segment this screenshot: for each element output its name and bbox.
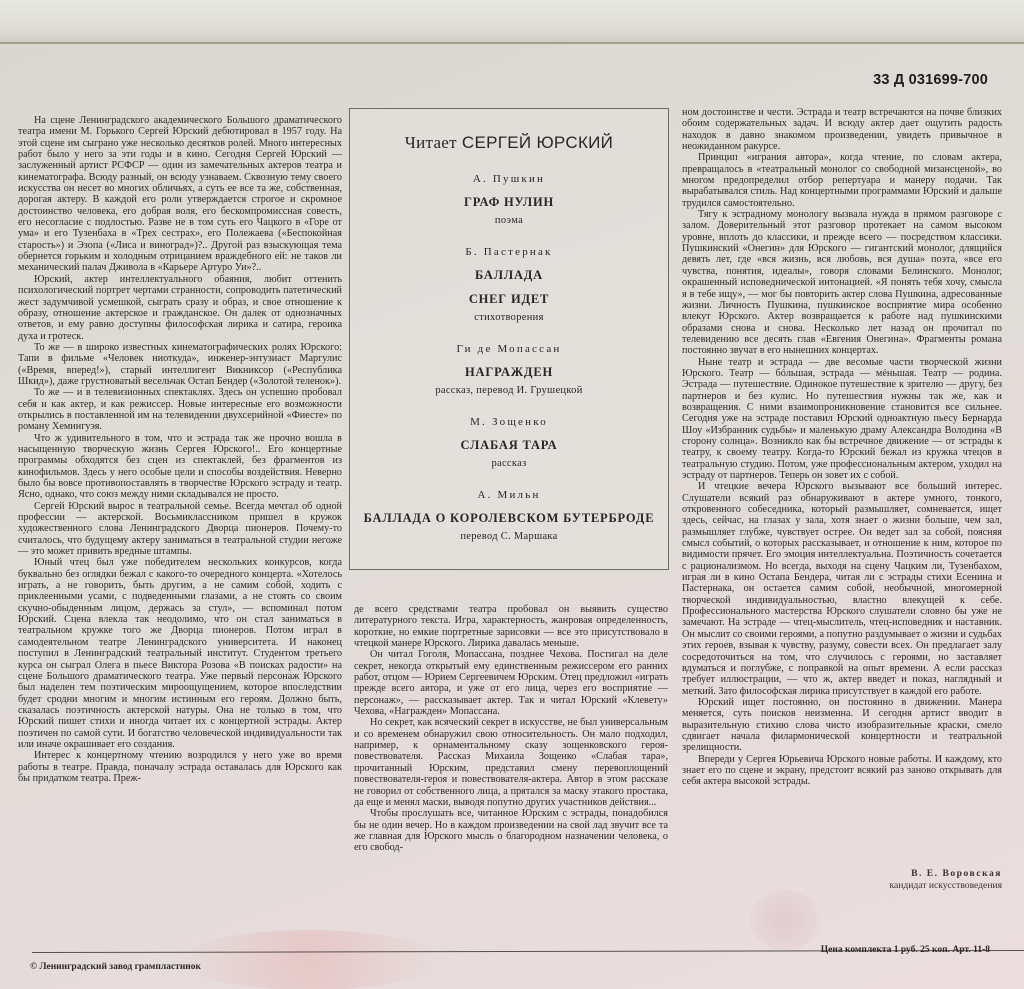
author-title: кандидат искусствоведения	[889, 880, 1002, 892]
programme-title: Читает СЕРГЕЙ ЮРСКИЙ	[350, 133, 668, 153]
title-prefix: Читает	[405, 133, 457, 152]
paragraph: де всего средствами театра пробовал он в…	[354, 604, 668, 649]
paragraph: Он читал Гоголя, Мопассана, позднее Чехо…	[354, 649, 668, 717]
paragraph: Чтобы прослушать все, читанное Юрским с …	[354, 808, 668, 853]
programme-box: Читает СЕРГЕЙ ЮРСКИЙ А. Пушкин ГРАФ НУЛИ…	[349, 108, 669, 570]
article-right-column: ном достоинстве и чести. Эстрада и театр…	[682, 107, 1002, 788]
author-pushkin: А. Пушкин	[350, 173, 668, 185]
sleeve-top-flap	[0, 0, 1024, 44]
paragraph: ном достоинстве и чести. Эстрада и театр…	[682, 107, 1002, 152]
paragraph: Ныне театр и эстрада — две весомые части…	[682, 357, 1002, 482]
paragraph: Но секрет, как всяческий секрет в искусс…	[354, 717, 668, 808]
work-title: СНЕГ ИДЕТ	[350, 292, 668, 307]
paragraph: Что ж удивительного в том, что и эстрада…	[18, 433, 342, 501]
author-maupassant: Ги де Мопассан	[350, 343, 668, 355]
paragraph: Принцип «играния автора», когда чтение, …	[682, 152, 1002, 209]
author-name: В. Е. Воровская	[889, 868, 1002, 880]
stain	[180, 930, 440, 989]
article-middle-column: де всего средствами театра пробовал он в…	[354, 604, 668, 854]
work-note: перевод С. Маршака	[350, 531, 668, 542]
paragraph: На сцене Ленинградского академического Б…	[18, 115, 342, 274]
paragraph: То же — в широко известных кинематографи…	[18, 342, 342, 387]
paragraph: Юрский, актер интеллектуального обаяния,…	[18, 274, 342, 342]
paragraph: Сергей Юрский вырос в театральной семье.…	[18, 501, 342, 558]
work-note: рассказ	[350, 458, 668, 469]
work-title: БАЛЛАДА О КОРОЛЕВСКОМ БУТЕРБРОДЕ	[350, 511, 668, 526]
article-left-column: На сцене Ленинградского академического Б…	[18, 115, 342, 784]
work-title: БАЛЛАДА	[350, 268, 668, 283]
publisher-credit: © Ленинградский завод грампластинок	[30, 962, 201, 972]
catalog-number: 33 Д 031699-700	[873, 72, 988, 88]
paragraph: Юрский ищет постоянно, он постоянно в дв…	[682, 697, 1002, 754]
work-note: поэма	[350, 215, 668, 226]
work-title: ГРАФ НУЛИН	[350, 195, 668, 210]
paragraph: То же — и в телевизионных спектаклях. Зд…	[18, 387, 342, 432]
paragraph: Интерес к концертному чтению возродился …	[18, 750, 342, 784]
author-zoshchenko: М. Зощенко	[350, 416, 668, 428]
paragraph: И чтецкие вечера Юрского вызывают все бо…	[682, 481, 1002, 697]
paragraph: Впереди у Сергея Юрьевича Юрского новые …	[682, 754, 1002, 788]
work-note: стихотворения	[350, 312, 668, 323]
paragraph: Тягу к эстрадному монологу вызвала нужда…	[682, 209, 1002, 356]
author-pasternak: Б. Пастернак	[350, 246, 668, 258]
stain	[750, 890, 820, 950]
price-line: Цена комплекта 1 руб. 25 коп. Арт. 11-8	[821, 945, 990, 955]
work-note: рассказ, перевод И. Грушецкой	[350, 385, 668, 396]
work-title: НАГРАЖДЕН	[350, 365, 668, 380]
article-signature: В. Е. Воровская кандидат искусствоведени…	[889, 868, 1002, 892]
reader-name: СЕРГЕЙ ЮРСКИЙ	[462, 133, 613, 152]
paragraph: Юный чтец был уже победителем нескольких…	[18, 557, 342, 750]
work-title: СЛАБАЯ ТАРА	[350, 438, 668, 453]
author-milne: А. Мильн	[350, 489, 668, 501]
